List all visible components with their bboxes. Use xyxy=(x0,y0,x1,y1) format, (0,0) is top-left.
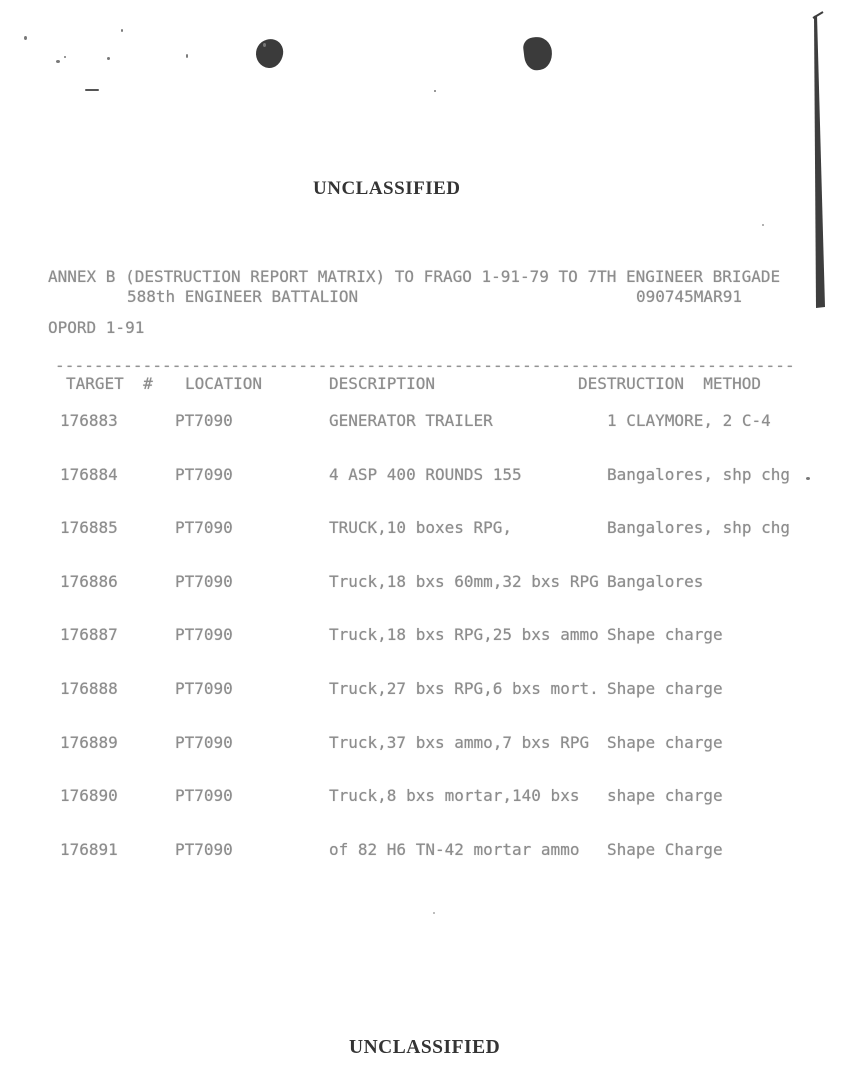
cell-description: Truck,18 bxs RPG,25 bxs ammo xyxy=(329,625,599,644)
scan-speck xyxy=(433,912,435,914)
cell-method: Shape Charge xyxy=(607,840,723,859)
scan-speck xyxy=(56,60,60,63)
annex-title-line1: ANNEX B (DESTRUCTION REPORT MATRIX) TO F… xyxy=(48,268,780,285)
cell-target: 176885 xyxy=(60,518,118,537)
annex-title-line2: OPORD 1-91 xyxy=(48,319,780,336)
cell-location: PT7090 xyxy=(175,625,233,644)
hole-punch-mark-right xyxy=(522,35,554,71)
cell-method: Bangalores, shp chg xyxy=(607,518,790,537)
cell-method: shape charge xyxy=(607,786,723,805)
hole-punch-mark-left xyxy=(254,37,285,69)
cell-method: Shape charge xyxy=(607,733,723,752)
cell-description: of 82 H6 TN-42 mortar ammo xyxy=(329,840,579,859)
scan-speck xyxy=(64,56,66,58)
cell-location: PT7090 xyxy=(175,679,233,698)
cell-target: 176886 xyxy=(60,572,118,591)
cell-target: 176887 xyxy=(60,625,118,644)
table-row: 176886 PT7090 Truck,18 bxs 60mm,32 bxs R… xyxy=(60,572,820,588)
cell-location: PT7090 xyxy=(175,465,233,484)
cell-location: PT7090 xyxy=(175,840,233,859)
cell-description: TRUCK,10 boxes RPG, xyxy=(329,518,512,537)
cell-description: Truck,27 bxs RPG,6 bxs mort. xyxy=(329,679,599,698)
cell-target: 176890 xyxy=(60,786,118,805)
destruction-report-table: TARGET # LOCATION DESCRIPTION DESTRUCTIO… xyxy=(60,336,820,470)
cell-target: 176884 xyxy=(60,465,118,484)
cell-target: 176883 xyxy=(60,411,118,430)
cell-target: 176888 xyxy=(60,679,118,698)
scan-speck xyxy=(762,224,764,226)
classification-header: UNCLASSIFIED xyxy=(313,178,460,200)
scan-dash-mark xyxy=(85,89,99,91)
cell-description: GENERATOR TRAILER xyxy=(329,411,493,430)
cell-description: 4 ASP 400 ROUNDS 155 xyxy=(329,465,522,484)
table-row: 176888 PT7090 Truck,27 bxs RPG,6 bxs mor… xyxy=(60,679,820,695)
scan-speck xyxy=(263,43,266,47)
cell-method: Shape charge xyxy=(607,679,723,698)
cell-location: PT7090 xyxy=(175,733,233,752)
table-row: 176890 PT7090 Truck,8 bxs mortar,140 bxs… xyxy=(60,786,820,802)
cell-description: Truck,37 bxs ammo,7 bxs RPG xyxy=(329,733,589,752)
cell-method: Shape charge xyxy=(607,625,723,644)
classification-footer: UNCLASSIFIED xyxy=(349,1037,500,1059)
cell-target: 176891 xyxy=(60,840,118,859)
unit-name: 588th ENGINEER BATTALION xyxy=(127,287,358,306)
cell-target: 176889 xyxy=(60,733,118,752)
scan-speck xyxy=(121,29,123,32)
cell-method: Bangalores, shp chg xyxy=(607,465,790,484)
scan-speck xyxy=(24,36,27,40)
table-row: 176889 PT7090 Truck,37 bxs ammo,7 bxs RP… xyxy=(60,733,820,749)
table-row: 176891 PT7090 of 82 H6 TN-42 mortar ammo… xyxy=(60,840,820,856)
cell-method: Bangalores xyxy=(607,572,703,591)
table-row: 176883 PT7090 GENERATOR TRAILER 1 CLAYMO… xyxy=(60,411,820,427)
cell-location: PT7090 xyxy=(175,786,233,805)
table-row: 176887 PT7090 Truck,18 bxs RPG,25 bxs am… xyxy=(60,625,820,641)
cell-description: Truck,8 bxs mortar,140 bxs xyxy=(329,786,579,805)
cell-method: 1 CLAYMORE, 2 C-4 xyxy=(607,411,771,430)
table-body: 176883 PT7090 GENERATOR TRAILER 1 CLAYMO… xyxy=(60,373,820,893)
table-row: 176885 PT7090 TRUCK,10 boxes RPG, Bangal… xyxy=(60,518,820,534)
scan-speck xyxy=(107,57,110,60)
scan-speck xyxy=(434,90,436,92)
table-row: 176884 PT7090 4 ASP 400 ROUNDS 155 Banga… xyxy=(60,465,820,481)
unit-date-line: 588th ENGINEER BATTALION 090745MAR91 xyxy=(0,287,850,303)
cell-location: PT7090 xyxy=(175,411,233,430)
cell-location: PT7090 xyxy=(175,518,233,537)
date-time-group: 090745MAR91 xyxy=(636,287,742,306)
scanned-document-page: UNCLASSIFIED ANNEX B (DESTRUCTION REPORT… xyxy=(0,0,850,1075)
scan-speck xyxy=(186,54,188,58)
cell-description: Truck,18 bxs 60mm,32 bxs RPG xyxy=(329,572,599,591)
cell-location: PT7090 xyxy=(175,572,233,591)
